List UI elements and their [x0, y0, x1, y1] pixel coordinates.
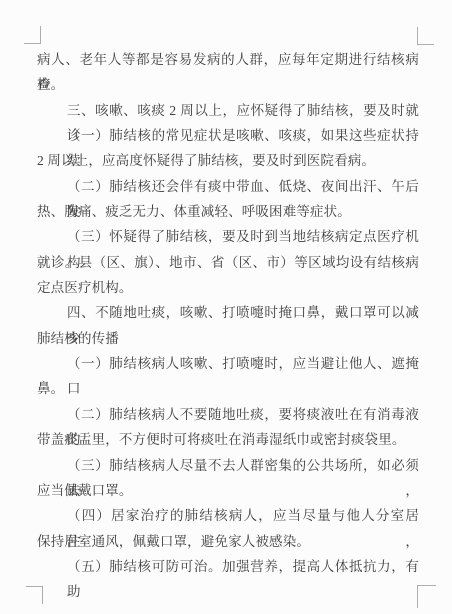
- text-line: 病人、老年人等都是容易发病的人群，应每年定期进行结核病检: [37, 47, 419, 72]
- text-line-section-heading: 四、不随地吐痰，咳嗽、打喷嚏时掩口鼻，戴口罩可以减少: [37, 300, 419, 325]
- text-boundary-mark-bottom-left: [26, 586, 43, 604]
- text-line: （一）肺结核病人咳嗽、打喷嚏时，应当避让他人、遮掩口: [37, 351, 419, 376]
- text-line: （二）肺结核病人不要随地吐痰，要将痰液吐在有消毒液的: [37, 402, 419, 427]
- text-line: （五）肺结核可防可治。加强营养，提高人体抵抗力，有助: [37, 554, 419, 579]
- text-boundary-mark-top-right: [417, 27, 434, 45]
- document-body: 病人、老年人等都是容易发病的人群，应每年定期进行结核病检 查。 三、咳嗽、咳痰 …: [37, 47, 419, 579]
- text-line: 定点医疗机构。: [37, 275, 419, 300]
- text-line-section-heading: 三、咳嗽、咳痰 2 周以上，应怀疑得了肺结核，要及时就诊: [37, 98, 419, 123]
- text-boundary-mark-bottom-right: [417, 585, 436, 608]
- text-line: 肺结核的传播: [37, 326, 419, 351]
- text-line: 热、胸痛、疲乏无力、体重减轻、呼吸困难等症状。: [37, 199, 419, 224]
- text-line: （一）肺结核的常见症状是咳嗽、咳痰，如果这些症状持续: [37, 123, 419, 148]
- text-line: 就诊。县（区、旗）、地市、省（区、市）等区域均设有结核病: [37, 250, 419, 275]
- document-page: 病人、老年人等都是容易发病的人群，应每年定期进行结核病检 查。 三、咳嗽、咳痰 …: [0, 0, 452, 614]
- text-line: 2 周以上，应高度怀疑得了肺结核，要及时到医院看病。: [37, 148, 419, 173]
- text-line: 鼻。: [37, 376, 419, 401]
- text-line: （四）居家治疗的肺结核病人，应当尽量与他人分室居住，: [37, 503, 419, 528]
- text-line: 查。: [37, 72, 419, 97]
- text-line: 带盖痰盂里，不方便时可将痰吐在消毒湿纸巾或密封痰袋里。: [37, 427, 419, 452]
- text-line: （二）肺结核还会伴有痰中带血、低烧、夜间出汗、午后发: [37, 174, 419, 199]
- text-boundary-mark-top-left: [24, 26, 41, 44]
- text-line: （三）肺结核病人尽量不去人群密集的公共场所，如必须去，: [37, 453, 419, 478]
- text-line: （三）怀疑得了肺结核，要及时到当地结核病定点医疗机构: [37, 224, 419, 249]
